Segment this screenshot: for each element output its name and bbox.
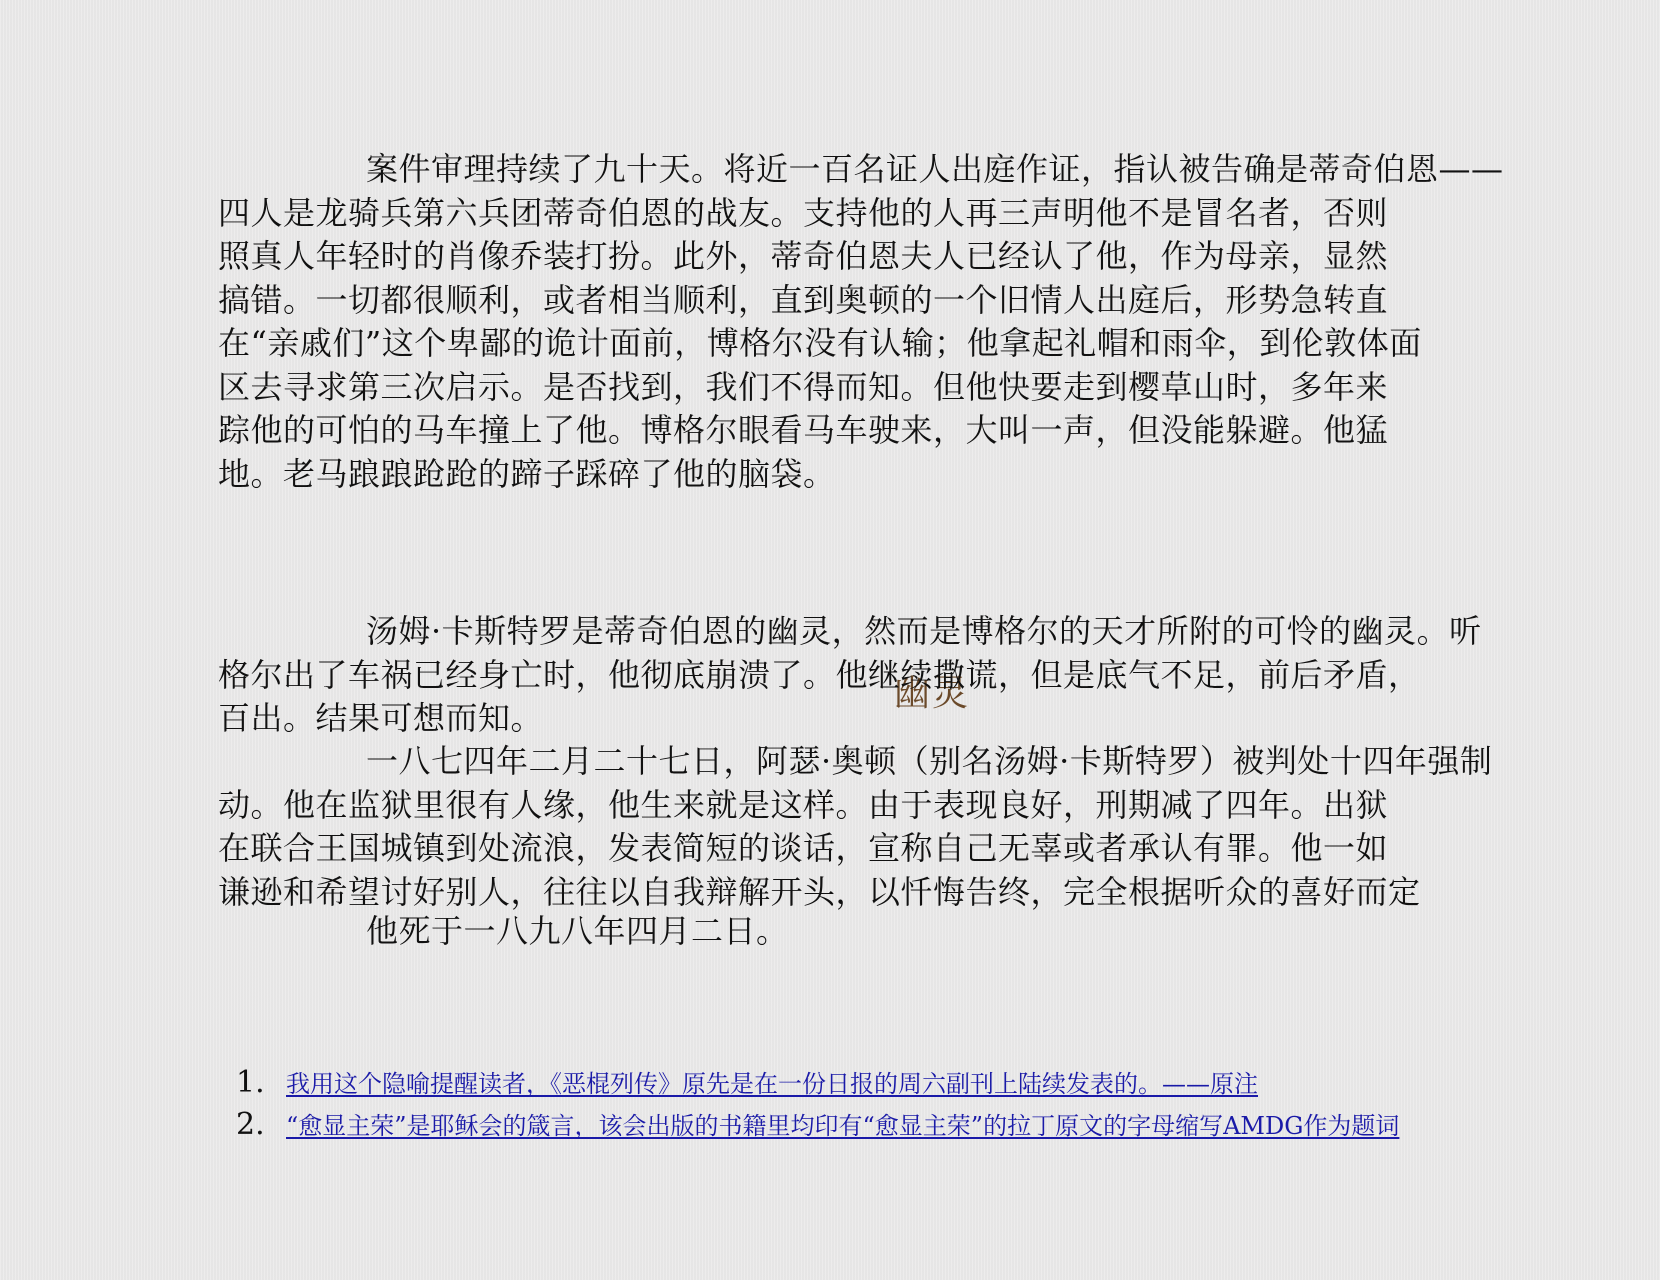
text-line: 四人是龙骑兵第六兵团蒂奇伯恩的战友。支持他的人再三声明他不是冒名者，否则 — [218, 192, 1504, 236]
text-line: 一八七四年二月二十七日，阿瑟·奥顿（别名汤姆·卡斯特罗）被判处十四年强制 — [218, 740, 1492, 784]
text-line: 他死于一八九八年四月二日。 — [218, 910, 789, 954]
text-line: 地。老马踉踉跄跄的蹄子踩碎了他的脑袋。 — [218, 453, 1504, 497]
paragraph-ghost: 汤姆·卡斯特罗是蒂奇伯恩的幽灵，然而是博格尔的天才所附的可怜的幽灵。听 格尔出了… — [218, 610, 1482, 741]
paragraph-death: 他死于一八九八年四月二日。 — [218, 910, 789, 954]
footnote-number: 1. — [236, 1065, 286, 1100]
footnote-item: 1. 我用这个隐喻提醒读者，《恶棍列传》原先是在一份日报的周六副刊上陆续发表的。… — [236, 1064, 1399, 1106]
text-line: 在联合王国城镇到处流浪，发表简短的谈话，宣称自己无辜或者承认有罪。他一如 — [218, 827, 1492, 871]
text-line: 在“亲戚们”这个卑鄙的诡计面前，博格尔没有认输；他拿起礼帽和雨伞，到伦敦体面 — [218, 322, 1504, 366]
text-line: 搞错。一切都很顺利，或者相当顺利，直到奥顿的一个旧情人出庭后，形势急转直 — [218, 279, 1504, 323]
text-line: 格尔出了车祸已经身亡时，他彻底崩溃了。他继续撒谎，但是底气不足，前后矛盾， — [218, 654, 1482, 698]
footnotes-list: 1. 我用这个隐喻提醒读者，《恶棍列传》原先是在一份日报的周六副刊上陆续发表的。… — [236, 1064, 1399, 1148]
paragraph-trial: 案件审理持续了九十天。将近一百名证人出庭作证，指认被告确是蒂奇伯恩—— 四人是龙… — [218, 148, 1504, 496]
text-line: 谦逊和希望讨好别人，往往以自我辩解开头，以忏悔告终，完全根据听众的喜好而定 — [218, 871, 1492, 915]
text-line: 动。他在监狱里很有人缘，他生来就是这样。由于表现良好，刑期减了四年。出狱 — [218, 784, 1492, 828]
paragraph-sentence: 一八七四年二月二十七日，阿瑟·奥顿（别名汤姆·卡斯特罗）被判处十四年强制 动。他… — [218, 740, 1492, 914]
footnote-link[interactable]: 我用这个隐喻提醒读者，《恶棍列传》原先是在一份日报的周六副刊上陆续发表的。——原… — [286, 1064, 1258, 1099]
text-line: 汤姆·卡斯特罗是蒂奇伯恩的幽灵，然而是博格尔的天才所附的可怜的幽灵。听 — [218, 610, 1482, 654]
text-line: 案件审理持续了九十天。将近一百名证人出庭作证，指认被告确是蒂奇伯恩—— — [218, 148, 1504, 192]
text-line: 照真人年轻时的肖像乔装打扮。此外，蒂奇伯恩夫人已经认了他，作为母亲，显然 — [218, 235, 1504, 279]
text-line: 区去寻求第三次启示。是否找到，我们不得而知。但他快要走到樱草山时，多年来 — [218, 366, 1504, 410]
footnote-link[interactable]: “愈显主荣”是耶稣会的箴言，该会出版的书籍里均印有“愈显主荣”的拉丁原文的字母缩… — [286, 1106, 1399, 1141]
footnote-number: 2. — [236, 1107, 286, 1142]
text-line: 百出。结果可想而知。 — [218, 697, 1482, 741]
footnote-item: 2. “愈显主荣”是耶稣会的箴言，该会出版的书籍里均印有“愈显主荣”的拉丁原文的… — [236, 1106, 1399, 1148]
text-line: 踪他的可怕的马车撞上了他。博格尔眼看马车驶来，大叫一声，但没能躲避。他猛 — [218, 409, 1504, 453]
